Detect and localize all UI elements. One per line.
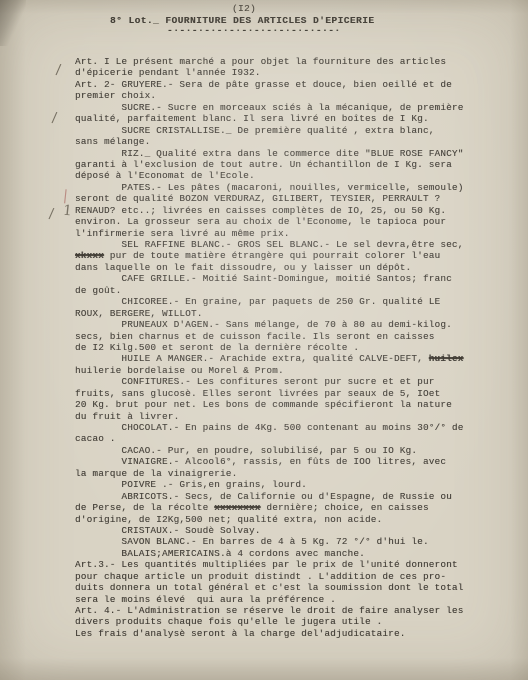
text-line: VINAIGRE.- Alcool6°, rassis, en fûts de …: [75, 456, 495, 467]
text-line: CRISTAUX.- Soudè Solvay.: [75, 525, 495, 536]
text-line: déposé à l'Economat de l'Ecole.: [75, 170, 495, 181]
pencil-margin-mark: /: [51, 110, 57, 126]
text-line: SUCRE.- Sucre en morceaux sciés à la méc…: [75, 102, 495, 113]
pencil-margin-mark: |: [62, 188, 68, 204]
text-line: pour chaque article un produit distindt …: [75, 571, 495, 582]
text-line: SEL RAFFINE BLANC.- GROS SEL BLANC.- Le …: [75, 239, 495, 250]
text-line: BALAIS;AMERICAINS.à 4 cordons avec manch…: [75, 548, 495, 559]
text-line: sera le moins élevé qui aura la préféren…: [75, 594, 495, 605]
text-line: sans mélange.: [75, 136, 495, 147]
text-line: CHOCOLAT.- En pains de 4Kg. 500 contenan…: [75, 422, 495, 433]
text-line: duits donnera un total général et c'est …: [75, 582, 495, 593]
text-line: seront de qualité BOZON VERDURAZ, GILIBE…: [75, 193, 495, 204]
struck-out-word: xkxxx: [75, 250, 104, 261]
text-line: premier choix.: [75, 90, 495, 101]
text-line: PRUNEAUX D'AGEN.- Sans mélange, de 70 à …: [75, 319, 495, 330]
text-line: l'infirmerie sera livré au même prix.: [75, 228, 495, 239]
document-page: (I2) 8° Lot._ FOURNITURE DES ARTICLES D'…: [0, 0, 528, 680]
text-line: de Perse, de la récolte xxxxxxxx dernièr…: [75, 502, 495, 513]
page-number: (I2): [232, 3, 256, 14]
pencil-margin-mark: 1: [62, 203, 73, 220]
text-line: SAVON BLANC.- En barres de 4 à 5 Kg. 72 …: [75, 536, 495, 547]
text-line: la marque de la vinaigrerie.: [75, 468, 495, 479]
text-line: dans laquelle on le fait dissoudre, ou y…: [75, 262, 495, 273]
text-line: cacao .: [75, 433, 495, 444]
text-line: garanti à l'exclusion de tout autre. Un …: [75, 159, 495, 170]
text-line: du fruit à livrer.: [75, 411, 495, 422]
text-line: secs, bien charnus et de cuisson facile.…: [75, 331, 495, 342]
text-line: de I2 Kilg.500 et seront de la dernière …: [75, 342, 495, 353]
pencil-margin-mark: /: [48, 206, 54, 222]
struck-out-word: xxxxxxxx: [214, 502, 260, 513]
text-line: Les frais d'analysè seront à la charge d…: [75, 628, 495, 639]
text-line: divers produits chaque fois qu'elle le j…: [75, 616, 495, 627]
struck-out-word: huilex: [429, 353, 464, 364]
text-line: de goût.: [75, 285, 495, 296]
text-line: Art. I Le présent marché a pour objet la…: [75, 56, 495, 67]
text-line: fruits, sans glucosè. Elles seront livré…: [75, 388, 495, 399]
text-line: CONFITURES.- Les confitures seront pur s…: [75, 376, 495, 387]
text-line: Art. 4.- L'Administration se réserve le …: [75, 605, 495, 616]
text-line: CAFE GRILLE.- Moitié Saint-Domingue, moi…: [75, 273, 495, 284]
text-line: CHICOREE.- En graine, par paquets de 250…: [75, 296, 495, 307]
document-body: Art. I Le présent marché a pour objet la…: [75, 56, 495, 639]
text-line: ABRICOTS.- Secs, de Californie ou d'Espa…: [75, 491, 495, 502]
text-line: Art.3.- Les quantités multipliées par le…: [75, 559, 495, 570]
text-line: CACAO.- Pur, en poudre, solubilisé, par …: [75, 445, 495, 456]
text-line: ROUX, BERGERE, WILLOT.: [75, 308, 495, 319]
document-photo: (I2) 8° Lot._ FOURNITURE DES ARTICLES D'…: [0, 0, 528, 680]
text-line: PATES.- Les pâtes (macaroni, nouilles, v…: [75, 182, 495, 193]
text-line: 20 Kg. brut pour net. Les bons de comman…: [75, 399, 495, 410]
text-line: HUILE A MANGER.- Arachide extra, qualité…: [75, 353, 495, 364]
text-line: SUCRE CRISTALLISE._ De première qualité …: [75, 125, 495, 136]
title-underline: -·-·-·-·-·-·-·-·-·-·-·-·-·-·: [167, 25, 341, 36]
text-line: huilerie bordelaise ou Morel & Prom.: [75, 365, 495, 376]
text-line: Art. 2- GRUYERE.- Sera de pâte grasse et…: [75, 79, 495, 90]
text-line: xkxxx pur de toute matière étrangère qui…: [75, 250, 495, 261]
text-line: POIVRE .- Gris,en grains, lourd.: [75, 479, 495, 490]
pencil-margin-mark: /: [55, 62, 61, 78]
text-line: environ. La grosseur sera au choix de l'…: [75, 216, 495, 227]
text-line: d'épicerie pendant l'année I932.: [75, 67, 495, 78]
text-line: qualité, parfaitement blanc. Il sera liv…: [75, 113, 495, 124]
text-line: d'origine, de I2Kg,500 net; qualité extr…: [75, 514, 495, 525]
text-line: RIZ._ Qualité extra dans le commerce dit…: [75, 148, 495, 159]
text-line: RENAUD? etc..; livrées en caisses complè…: [75, 205, 495, 216]
